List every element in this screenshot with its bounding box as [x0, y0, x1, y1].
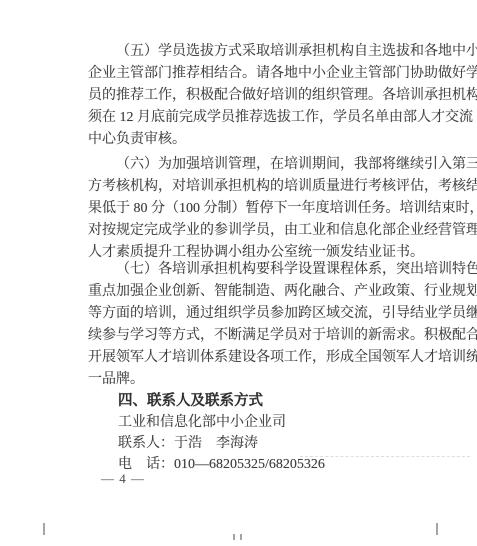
- page-number: — 4 —: [101, 471, 145, 487]
- paragraph-line: 开展领军人才培训体系建设各项工作，形成全国领军人才培训统: [88, 347, 440, 369]
- contact-phone: 电 话：010—68205325/68205326: [118, 454, 325, 475]
- paragraph-line: 方考核机构，对培训承担机构的培训质量进行考核评估，考核结: [88, 176, 440, 198]
- scan-mark-left: [43, 523, 45, 535]
- paragraph-6: （六）为加强培训管理，在培训期间，我部将继续引入第三 方考核机构，对培训承担机构…: [88, 154, 440, 264]
- paragraph-line: （六）为加强培训管理，在培训期间，我部将继续引入第三: [88, 154, 440, 176]
- section-heading: 四、联系人及联系方式: [118, 390, 263, 412]
- scan-dash-artifact: [300, 456, 470, 457]
- scan-mark-right: [436, 523, 438, 535]
- paragraph-5: （五）学员选拔方式采取培训承担机构自主选拔和各地中小 企业主管部门推荐相结合。请…: [88, 41, 440, 151]
- paragraph-7: （七）各培训承担机构要科学设置课程体系，突出培训特色， 重点加强企业创新、智能制…: [88, 259, 440, 391]
- contact-persons: 联系人：于浩 李海涛: [118, 433, 325, 454]
- paragraph-line: 中心负责审核。: [88, 129, 440, 151]
- scanned-document-page: （五）学员选拔方式采取培训承担机构自主选拔和各地中小 企业主管部门推荐相结合。请…: [0, 0, 477, 546]
- paragraph-line: 果低于 80 分（100 分制）暂停下一年度培训任务。培训结束时，: [88, 198, 440, 220]
- paragraph-line: 续参与学习等方式，不断满足学员对于培训的新需求。积极配合: [88, 325, 440, 347]
- paragraph-line: 须在 12 月底前完成学员推荐选拔工作，学员名单由部人才交流: [88, 107, 440, 129]
- paragraph-line: 等方面的培训，通过组织学员参加跨区域交流，引导结业学员继: [88, 303, 440, 325]
- paragraph-line: 企业主管部门推荐相结合。请各地中小企业主管部门协助做好学: [88, 63, 440, 85]
- contact-block: 工业和信息化部中小企业司 联系人：于浩 李海涛 电 话：010—68205325…: [118, 412, 325, 475]
- paragraph-line: （七）各培训承担机构要科学设置课程体系，突出培训特色，: [88, 259, 440, 281]
- scan-mark-center: [240, 534, 242, 540]
- paragraph-line: 员的推荐工作，积极配合做好培训的组织管理。各培训承担机构: [88, 85, 440, 107]
- paragraph-line: （五）学员选拔方式采取培训承担机构自主选拔和各地中小: [88, 41, 440, 63]
- contact-department: 工业和信息化部中小企业司: [118, 412, 325, 433]
- scan-mark-center: [233, 534, 235, 540]
- paragraph-line: 重点加强企业创新、智能制造、两化融合、产业政策、行业规划: [88, 281, 440, 303]
- paragraph-line: 一品牌。: [88, 369, 440, 391]
- paragraph-line: 对按规定完成学业的参训学员，由工业和信息化部企业经营管理: [88, 220, 440, 242]
